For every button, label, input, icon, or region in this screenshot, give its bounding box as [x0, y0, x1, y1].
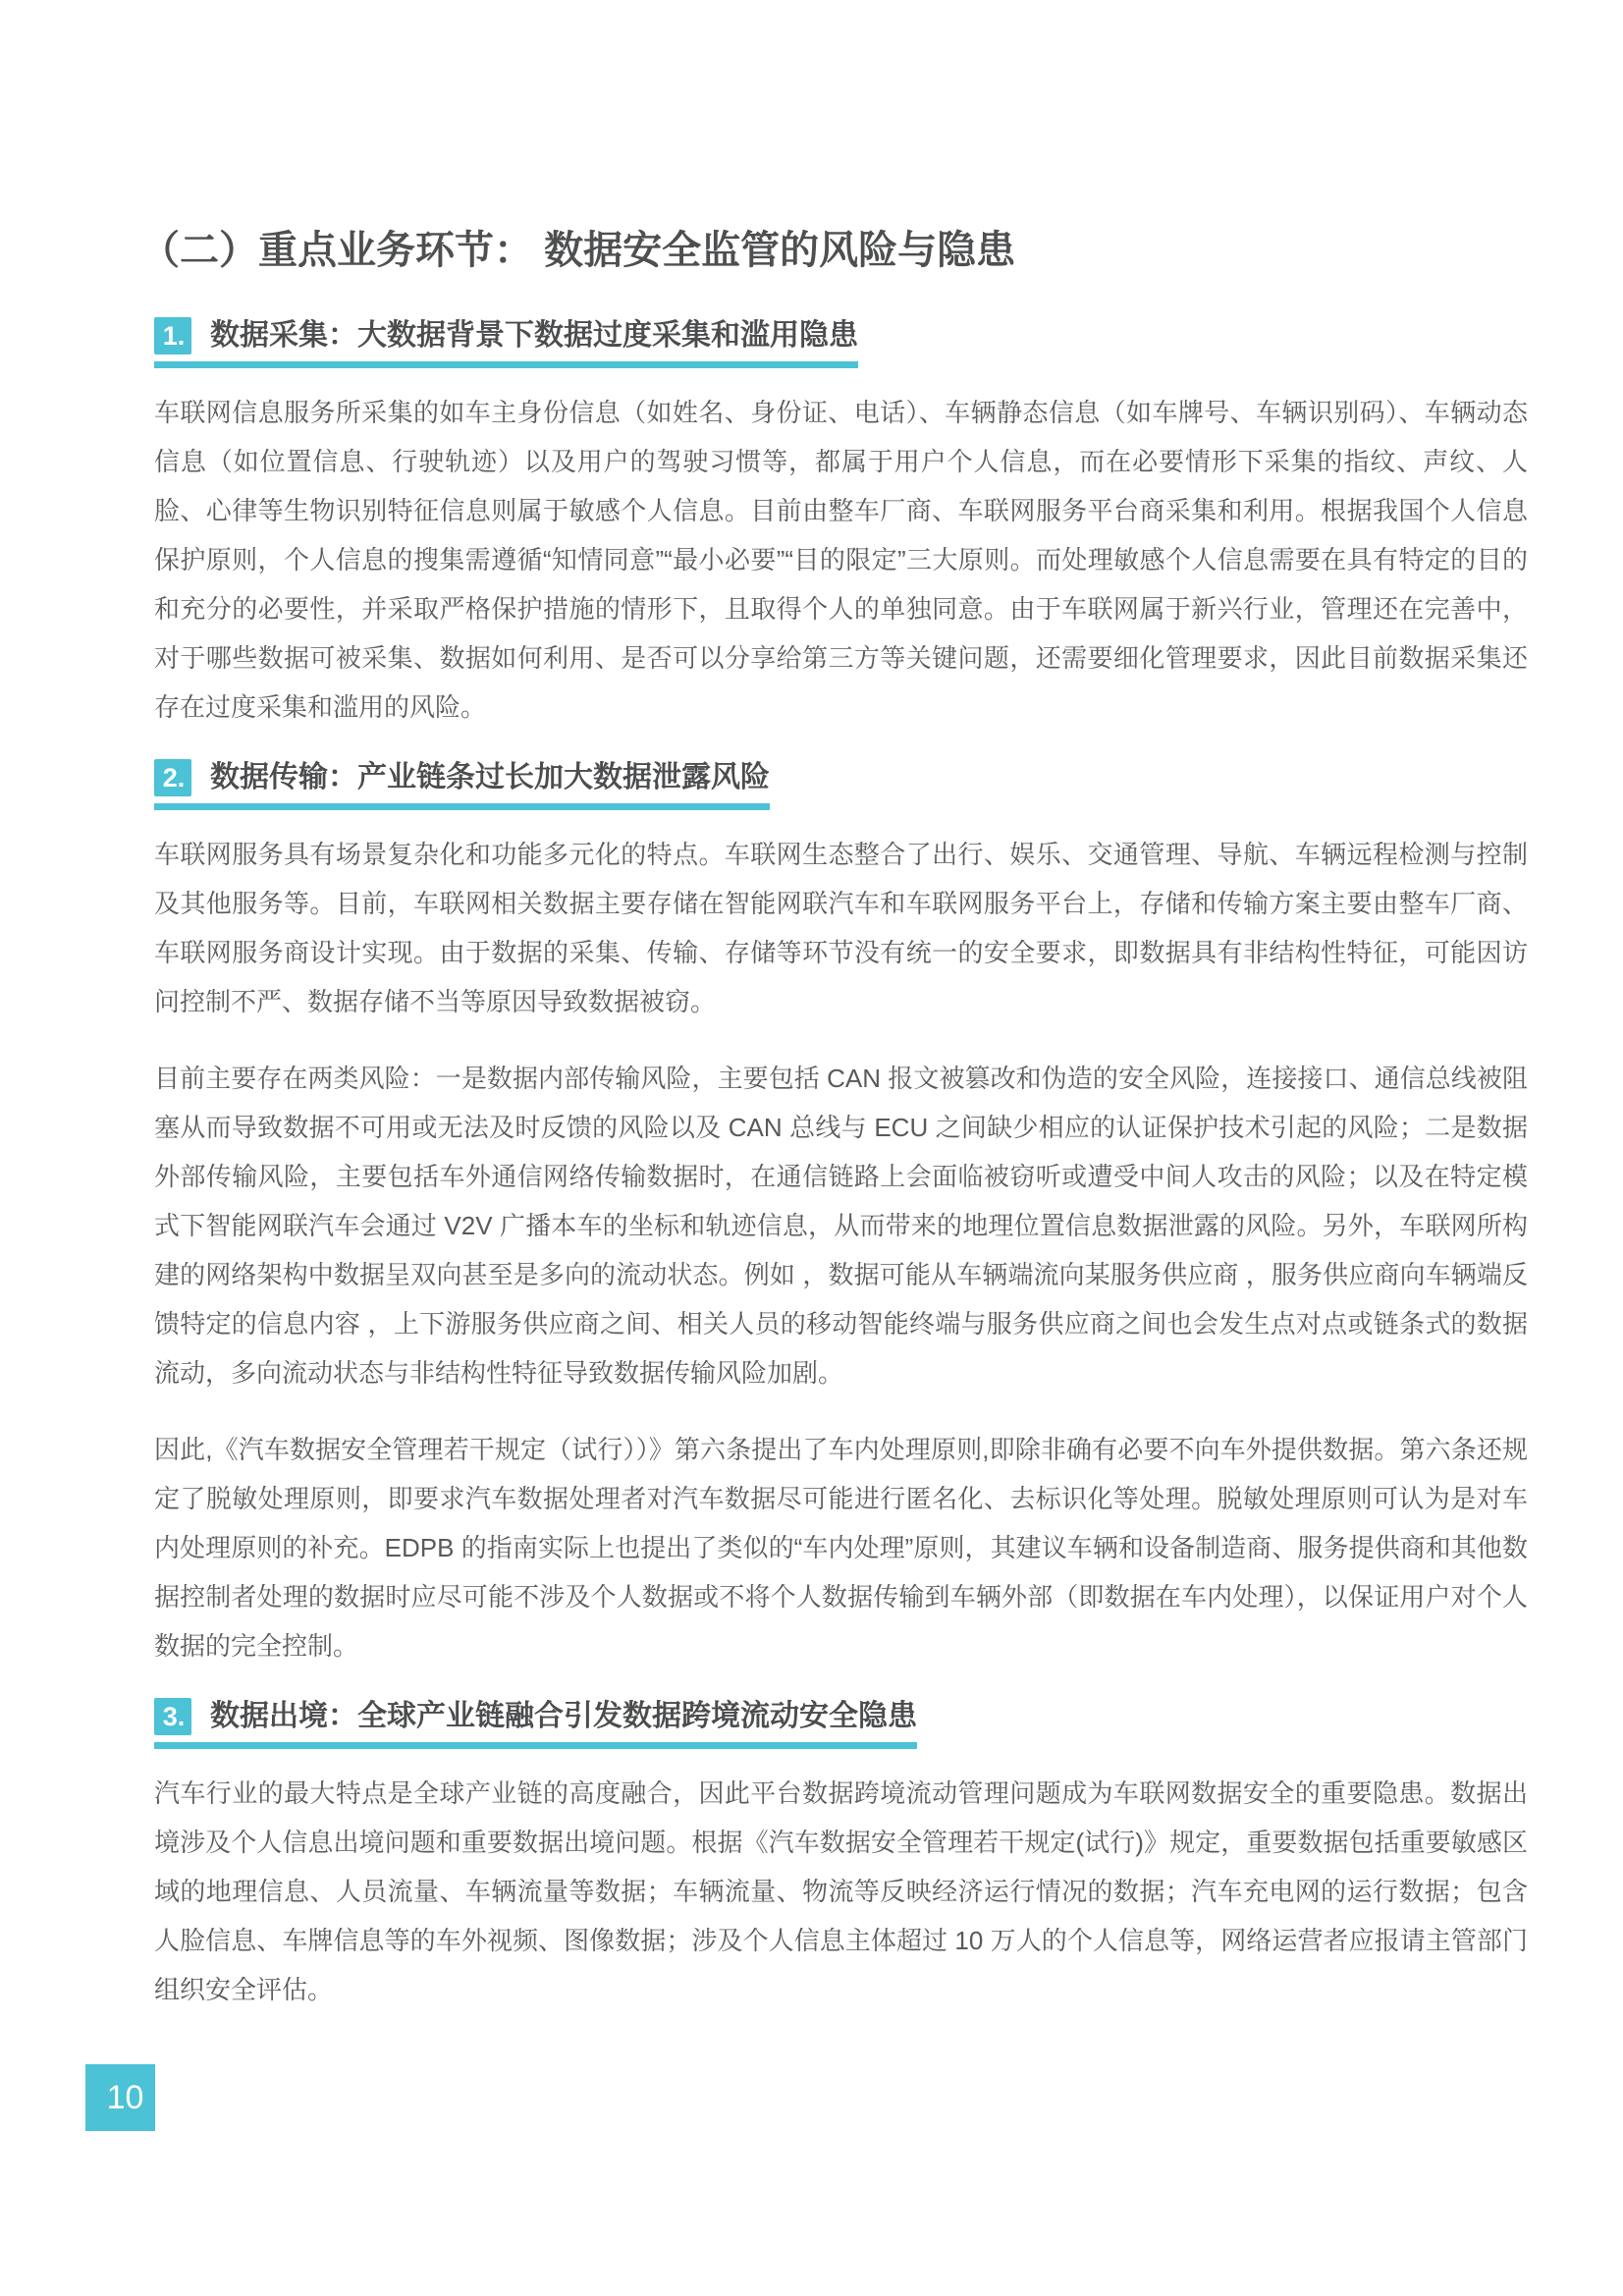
section-title: 数据采集：大数据背景下数据过度采集和滥用隐患: [210, 317, 858, 355]
body-paragraph: 汽车行业的最大特点是全球产业链的高度融合，因此平台数据跨境流动管理问题成为车联网…: [154, 1769, 1528, 2014]
document-page: （二）重点业务环节： 数据安全监管的风险与隐患 1. 数据采集：大数据背景下数据…: [0, 0, 1623, 2296]
section-heading: 2. 数据传输：产业链条过长加大数据泄露风险: [154, 759, 770, 810]
section-number-badge: 2.: [154, 759, 191, 796]
section-number-badge: 1.: [154, 317, 191, 355]
page-number-badge: 10: [85, 2064, 155, 2131]
body-paragraph: 车联网服务具有场景复杂化和功能多元化的特点。车联网生态整合了出行、娱乐、交通管理…: [154, 830, 1528, 1026]
section-data-transmission: 2. 数据传输：产业链条过长加大数据泄露风险 车联网服务具有场景复杂化和功能多元…: [154, 759, 1528, 1670]
body-paragraph: 车联网信息服务所采集的如车主身份信息（如姓名、身份证、电话）、车辆静态信息（如车…: [154, 388, 1528, 732]
body-paragraph: 目前主要存在两类风险：一是数据内部传输风险，主要包括 CAN 报文被篡改和伪造的…: [154, 1054, 1528, 1397]
section-title: 数据传输：产业链条过长加大数据泄露风险: [210, 759, 770, 796]
section-data-export: 3. 数据出境：全球产业链融合引发数据跨境流动安全隐患 汽车行业的最大特点是全球…: [154, 1698, 1528, 2014]
section-heading: 3. 数据出境：全球产业链融合引发数据跨境流动安全隐患: [154, 1698, 917, 1749]
body-paragraph: 因此,《汽车数据安全管理若干规定（试行））》第六条提出了车内处理原则,即除非确有…: [154, 1425, 1528, 1670]
page-title: （二）重点业务环节： 数据安全监管的风险与隐患: [140, 0, 1528, 275]
section-data-collection: 1. 数据采集：大数据背景下数据过度采集和滥用隐患 车联网信息服务所采集的如车主…: [154, 317, 1528, 732]
section-number-badge: 3.: [154, 1698, 191, 1735]
section-heading: 1. 数据采集：大数据背景下数据过度采集和滥用隐患: [154, 317, 858, 368]
content-column: （二）重点业务环节： 数据安全监管的风险与隐患 1. 数据采集：大数据背景下数据…: [154, 0, 1528, 2014]
section-title: 数据出境：全球产业链融合引发数据跨境流动安全隐患: [210, 1698, 917, 1735]
